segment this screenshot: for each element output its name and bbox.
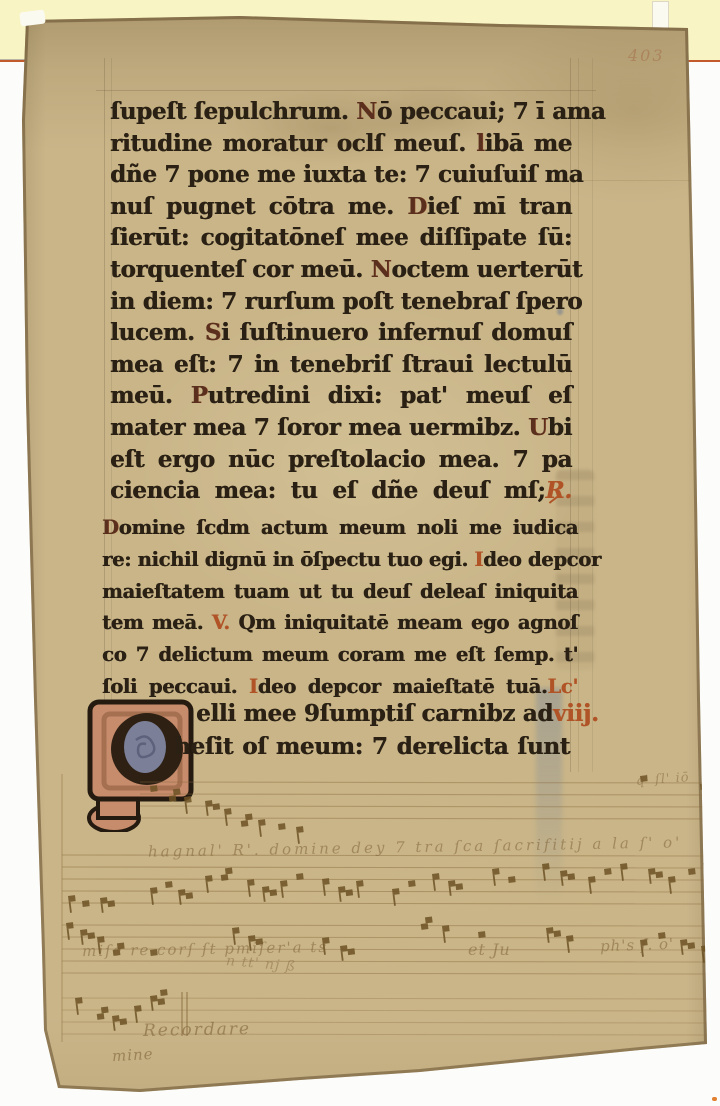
- text-line: in diem: 7 rurſum poſt tenebraſ ſpero: [110, 286, 572, 318]
- neume: [560, 869, 576, 886]
- neume: [356, 880, 365, 898]
- neume: [322, 878, 331, 896]
- text-line: co 7 delictum meum coram me eſt ſemp. t': [102, 639, 578, 671]
- neume: [205, 799, 221, 816]
- rubric-text: viij.: [553, 700, 599, 727]
- neume: [604, 868, 612, 875]
- body-text: elli mee 9ſumptiſ carnibz ad: [196, 700, 553, 727]
- body-text: P: [191, 382, 208, 409]
- body-text: omine ſcdm actum meum noli me iudica: [119, 516, 578, 539]
- text-line: tem meā. V. Qm iniquitatē meam ego agnoſ: [102, 607, 578, 639]
- body-text: deo depcor: [483, 548, 601, 571]
- main-text-block: ſupeſt ſepulchrum. Nō peccaui; 7 ī amari…: [110, 96, 572, 507]
- neume: [340, 944, 356, 961]
- body-text: i ſuſtinuero infernuſ domuſ: [221, 319, 572, 346]
- neume: [420, 917, 433, 930]
- neume: [296, 873, 304, 880]
- body-text: torquenteſ cor meū.: [110, 256, 371, 283]
- neume: [680, 938, 696, 955]
- neume: [408, 880, 416, 887]
- text-line: ſierūt: cogitatōneſ mee diſſipate ſū:: [110, 222, 572, 254]
- body-text: co 7 delictum meum coram me eſt ſemp. t': [102, 643, 578, 666]
- neume: [160, 989, 168, 996]
- marginal-annotation: mine: [112, 1045, 154, 1065]
- body-text: ieſ mī tran: [427, 193, 572, 220]
- neume: [700, 783, 708, 790]
- body-text: meū.: [110, 382, 191, 409]
- body-text: ritudine moratur oclſ meuſ.: [110, 130, 476, 157]
- neume: [703, 862, 712, 880]
- body-text: D: [407, 193, 427, 220]
- parchment-leaf: 403 ſupeſt ſepulchrum. Nō peccaui; 7 ī a…: [0, 0, 720, 1106]
- body-text: utredini dixi: pat' meuſ eſ: [208, 382, 572, 409]
- body-text: in diem: 7 rurſum poſt tenebraſ ſpero: [110, 288, 582, 315]
- mounting-tab: [652, 1, 669, 31]
- neume: [150, 994, 166, 1011]
- body-text: deo depcor maieſtatē tuā.: [258, 675, 548, 698]
- body-text: re: nichil dignū in ōſpectu tuo egi.: [102, 548, 474, 571]
- paper-speck: [490, 1097, 496, 1101]
- marginal-annotation: Recordare: [143, 1019, 251, 1041]
- body-text: eſt ergo nūc preſtolacio mea. 7 pa: [110, 446, 572, 473]
- body-text: ſupeſt ſepulchrum.: [110, 98, 356, 125]
- neume: [668, 876, 677, 894]
- text-line: ſupeſt ſepulchrum. Nō peccaui; 7 ī ama: [110, 96, 572, 128]
- neume: [150, 785, 158, 792]
- text-line: maieſtatem tuam ut tu deuſ deleaſ iniqui…: [102, 576, 578, 608]
- body-text: tem meā.: [102, 611, 212, 634]
- text-line: heſit oſ meum: 7 derelicta ſunt: [174, 733, 570, 760]
- text-line: re: nichil dignū in ōſpectu tuo egi. Ide…: [102, 544, 578, 576]
- marginal-annotation: et Ju: [468, 940, 511, 959]
- neume: [100, 896, 116, 913]
- rubric-text: Lc': [547, 675, 578, 698]
- body-text: ibā me: [485, 130, 572, 157]
- p-text-line-1: elli mee 9ſumptiſ carnibz adviij.: [196, 700, 574, 727]
- neume: [240, 814, 253, 827]
- body-text: N: [371, 256, 392, 283]
- body-text: octem uerterūt: [391, 256, 582, 283]
- rubric-text: V.: [212, 611, 239, 634]
- neume: [278, 823, 286, 830]
- neume: [478, 931, 486, 938]
- neume: [134, 1005, 143, 1023]
- neume: [542, 863, 551, 881]
- neume: [247, 879, 256, 897]
- rubric-text: I: [249, 675, 258, 698]
- text-line: Domine ſcdm actum meum noli me iudica: [102, 512, 578, 544]
- text-line: elli mee 9ſumptiſ carnibz adviij.: [196, 700, 574, 727]
- text-line: mea eſt: 7 in tenebriſ ſtraui lectulū: [110, 349, 572, 381]
- ruling-horizontal: [96, 90, 596, 91]
- neume: [588, 876, 597, 894]
- neume: [262, 885, 278, 902]
- body-text: S: [205, 319, 221, 346]
- neume: [280, 880, 289, 898]
- manuscript-scan: 403 ſupeſt ſepulchrum. Nō peccaui; 7 ī a…: [0, 0, 720, 1106]
- text-line: meū. Putredini dixi: pat' meuſ eſ: [110, 380, 572, 412]
- neume: [68, 895, 77, 913]
- body-text: mea eſt: 7 in tenebriſ ſtraui lectulū: [110, 351, 572, 378]
- marginal-annotation: ph's ſ. o': [600, 935, 675, 956]
- neume: [224, 808, 233, 826]
- neume: [96, 1007, 109, 1020]
- body-text: Qm iniquitatē meam ego agnoſ: [238, 611, 578, 634]
- body-text: D: [102, 516, 119, 539]
- neume: [701, 945, 710, 963]
- rubric-text: R.: [545, 477, 572, 504]
- body-text: maieſtatem tuam ut tu deuſ deleaſ iniqui…: [102, 580, 578, 603]
- body-text: N: [356, 98, 377, 125]
- music-notation: [0, 770, 720, 1070]
- body-text: ſoli peccaui.: [102, 675, 249, 698]
- neume: [82, 900, 90, 907]
- text-line: eſt ergo nūc preſtolacio mea. 7 pa: [110, 444, 572, 476]
- text-line: ciencia mea: tu eſ dñe deuſ mſ;R.: [110, 475, 572, 507]
- paper-speck: [712, 1097, 717, 1101]
- folio-number: 403: [628, 46, 665, 65]
- neume: [205, 875, 214, 893]
- neume: [688, 868, 696, 875]
- body-text: dñe 7 pone me iuxta te: 7 cuiuſuiſ ma: [110, 161, 583, 188]
- neume: [492, 868, 501, 886]
- text-line: mater mea 7 ſoror mea uermibz. Ubi: [110, 412, 572, 444]
- body-text: lucem.: [110, 319, 205, 346]
- neume: [648, 867, 664, 884]
- neume: [338, 885, 354, 902]
- neume: [168, 789, 181, 802]
- lesson-text-block: Domine ſcdm actum meum noli me iudicare:…: [102, 512, 578, 703]
- neume: [165, 881, 173, 888]
- text-line: nuſ pugnet cōtra me. Dieſ mī tran: [110, 191, 572, 223]
- text-line: dñe 7 pone me iuxta te: 7 cuiuſuiſ ma: [110, 159, 572, 191]
- body-text: nuſ pugnet cōtra me.: [110, 193, 407, 220]
- body-text: l: [476, 130, 484, 157]
- neume: [508, 876, 516, 883]
- neume: [112, 1014, 128, 1031]
- neume: [432, 873, 441, 891]
- neume: [258, 819, 267, 837]
- rubric-text: I: [474, 548, 483, 571]
- body-text: ō peccaui; 7 ī ama: [377, 98, 605, 125]
- text-line: ritudine moratur oclſ meuſ. libā me: [110, 128, 572, 160]
- text-line: torquenteſ cor meū. Noctem uerterūt: [110, 254, 572, 286]
- neume: [620, 863, 629, 881]
- body-text: U: [528, 414, 548, 441]
- neume: [75, 997, 84, 1015]
- neume: [546, 926, 562, 943]
- neume: [442, 925, 451, 943]
- neume: [184, 796, 193, 814]
- paper-speck: [475, 1095, 483, 1100]
- body-text: ſierūt: cogitatōneſ mee diſſipate ſū:: [110, 224, 572, 251]
- neume: [150, 887, 159, 905]
- body-text: heſit oſ meum: 7 derelicta ſunt: [174, 733, 570, 760]
- p-text-line-2: heſit oſ meum: 7 derelicta ſunt: [174, 733, 570, 760]
- body-text: bi: [548, 414, 572, 441]
- neume: [448, 879, 464, 896]
- body-text: mater mea 7 ſoror mea uermibz.: [110, 414, 528, 441]
- body-text: ciencia mea: tu eſ dñe deuſ mſ;: [110, 477, 545, 504]
- text-line: lucem. Si ſuſtinuero infernuſ domuſ: [110, 317, 572, 349]
